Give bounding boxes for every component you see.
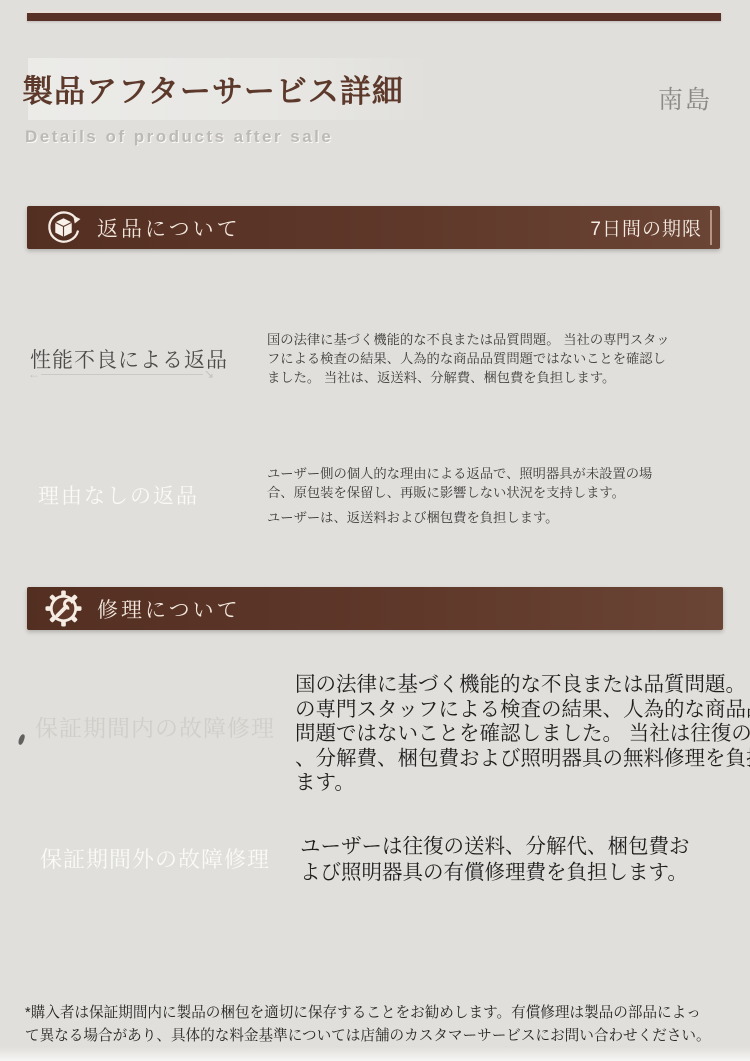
footnote-text: *購入者は保証期間内に製品の梱包を適切に保存することをお勧めします。有償修理は製…: [25, 1002, 740, 1047]
pen-flourish-icon: ↘: [204, 367, 214, 381]
no-reason-return-body-1: ユーザー側の個人的な理由による返品で、照明器具が未設置の場 合、原包装を保留し、…: [267, 464, 687, 502]
gear-wrench-icon: [45, 590, 82, 627]
after-sales-detail-page: 製品アフターサービス詳細 南島 Details of products afte…: [0, 0, 750, 1061]
repairs-section-banner: 修理について: [27, 587, 723, 630]
no-reason-return-body-2: ユーザーは、返送料および梱包費を負担します。: [267, 508, 687, 527]
brand-name: 南島: [658, 80, 712, 116]
heading-in-warranty-repair: 保証期間内の故障修理: [35, 710, 275, 743]
returns-deadline-badge: 7日間の期限: [590, 206, 702, 249]
page-subtitle-english: Details of products after sale: [25, 127, 333, 147]
performance-return-body: 国の法律に基づく機能的な不良または品質問題。 当社の専門スタッ フによる検査の結…: [267, 330, 687, 388]
heading-out-warranty-repair: 保証期間外の故障修理: [40, 843, 270, 874]
bottom-fade-strip: [0, 1047, 750, 1061]
heading-no-reason-return: 理由なしの返品: [38, 480, 199, 510]
page-title: 製品アフターサービス詳細: [22, 66, 404, 111]
ink-mark-decoration: [17, 733, 25, 745]
in-warranty-repair-body: 国の法律に基づく機能的な不良または品質問題。 当社 の専門スタッフによる検査の結…: [295, 673, 750, 796]
repairs-banner-label: 修理について: [97, 594, 241, 624]
package-return-icon: [45, 209, 82, 246]
top-accent-bar: [27, 13, 721, 21]
returns-banner-label: 返品について: [97, 213, 241, 243]
returns-section-banner: 返品について 7日間の期限: [27, 206, 720, 249]
arrow-underline-decoration: ←↘: [28, 367, 214, 381]
left-arrow-icon: ←: [28, 367, 40, 381]
out-warranty-repair-body: ユーザーは往復の送料、分解代、梱包費お よび照明器具の有償修理費を負担します。: [300, 834, 740, 886]
